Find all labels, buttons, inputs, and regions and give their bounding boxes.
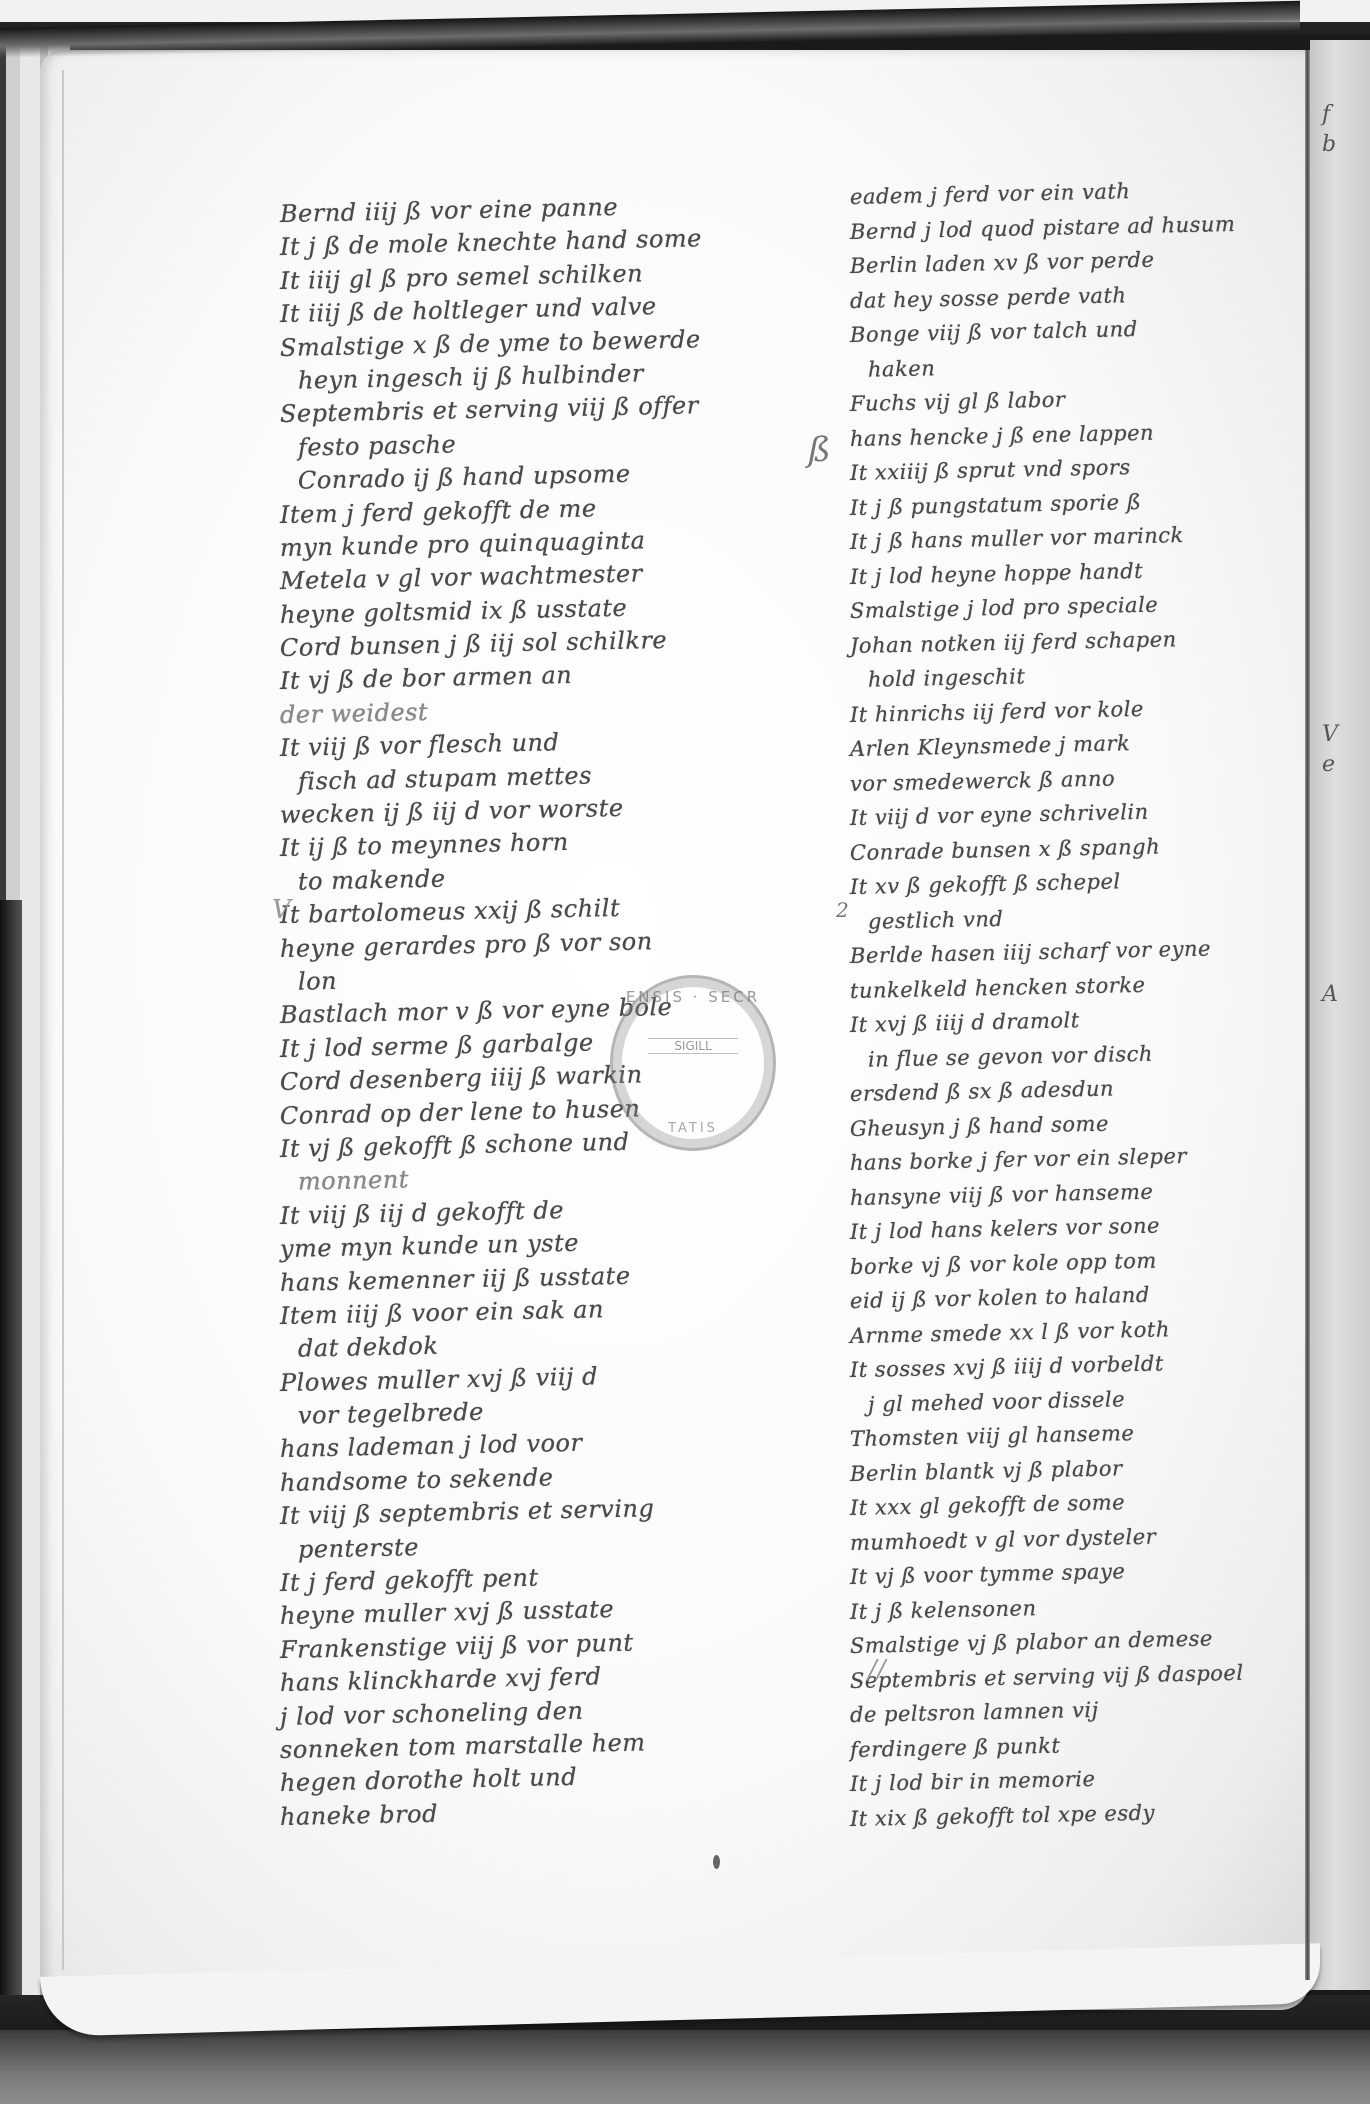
facing-fragment: b xyxy=(1322,130,1362,160)
margin-mark: // xyxy=(868,1655,886,1685)
library-stamp: ENSIS · SECR SIGILL TATIS xyxy=(610,975,776,1151)
right-column-entries: eadem j ferd vor ein vath Bernd j lod qu… xyxy=(850,180,1310,1836)
facing-fragment: A xyxy=(1322,980,1362,1010)
manuscript-scan: f b V e A Bernd iiij ß vor eine panne It… xyxy=(0,0,1370,2104)
stamp-bottom-text: TATIS xyxy=(613,1121,773,1136)
page-edge-line xyxy=(62,70,64,1970)
margin-mark: 2 xyxy=(836,898,849,922)
stamp-top-text: ENSIS · SECR xyxy=(613,988,773,1006)
facing-page-fragments: f b V e A xyxy=(1322,100,1362,1010)
facing-fragment: e xyxy=(1322,750,1362,780)
facing-fragment: f xyxy=(1322,100,1362,130)
check-mark: V xyxy=(272,895,291,925)
ink-blot xyxy=(713,1855,720,1869)
facing-fragment: V xyxy=(1322,720,1362,750)
bottom-background xyxy=(0,2030,1370,2104)
left-shadow xyxy=(0,900,22,2020)
stamp-center-text: SIGILL xyxy=(648,1038,738,1054)
margin-mark: ß xyxy=(808,430,831,470)
